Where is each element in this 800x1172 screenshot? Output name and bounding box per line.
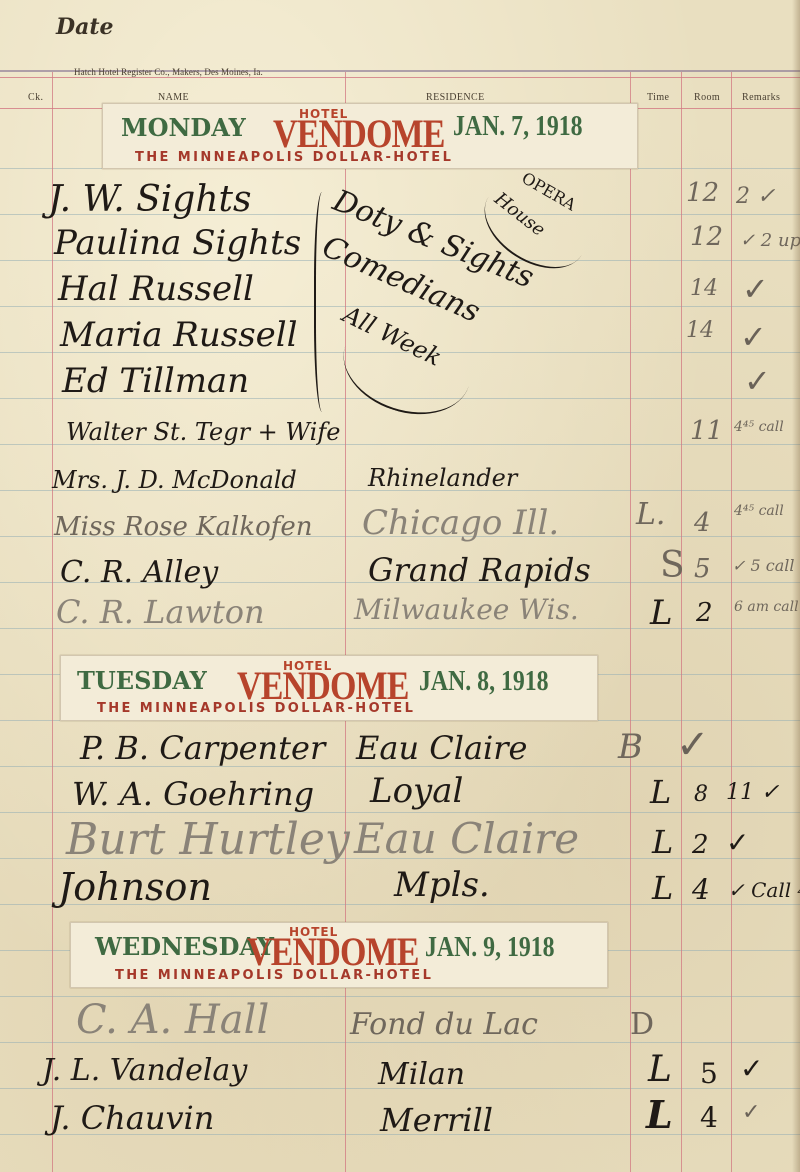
guest-residence: Milwaukee Wis. xyxy=(354,596,579,624)
guest-residence: Mpls. xyxy=(394,868,490,902)
banner-day: MONDAY xyxy=(121,116,246,140)
guest-residence: Milan xyxy=(378,1060,465,1090)
banner-hotel-name: VENDOME xyxy=(273,114,445,154)
guest-residence: Rhinelander xyxy=(368,466,517,490)
time-code: L xyxy=(648,1052,672,1088)
guest-residence: Merrill xyxy=(380,1104,493,1136)
room-number: 12 xyxy=(690,224,723,250)
maker-line: Hatch Hotel Register Co., Makers, Des Mo… xyxy=(74,67,263,77)
remarks: 4⁴⁵ call xyxy=(734,420,784,434)
guest-residence: Eau Claire xyxy=(356,732,527,764)
remarks: 4⁴⁵ call xyxy=(734,504,784,518)
header-rule-2 xyxy=(0,77,800,78)
date-banner-monday: MONDAY HOTEL VENDOME JAN. 7, 1918 THE MI… xyxy=(102,103,638,169)
room-number: 2 xyxy=(692,832,709,858)
room-number: 2 xyxy=(696,600,713,626)
page-edge-shadow xyxy=(792,0,800,1172)
time-code: L xyxy=(650,776,671,808)
guest-name: Ed Tillman xyxy=(62,364,249,398)
date-banner-wednesday: WEDNESDAY HOTEL VENDOME JAN. 9, 1918 THE… xyxy=(70,922,608,988)
time-code: L xyxy=(652,872,673,904)
remarks: 11 ✓ xyxy=(726,782,779,804)
time-code: L xyxy=(650,596,673,630)
guest-name: Maria Russell xyxy=(60,318,298,352)
guest-name: P. B. Carpenter xyxy=(80,732,325,764)
room-number: 4 xyxy=(692,876,710,904)
time-code: S xyxy=(660,548,685,584)
guest-name: Johnson xyxy=(58,868,212,906)
column-header-remarks: Remarks xyxy=(742,92,780,103)
room-number: 12 xyxy=(686,180,719,206)
check-mark-icon: ✓ xyxy=(740,1052,763,1085)
guest-name: J. Chauvin xyxy=(50,1102,214,1134)
column-header-ck: Ck. xyxy=(28,92,43,103)
check-mark-icon: ✓ xyxy=(726,826,749,859)
room-number: 14 xyxy=(690,278,718,300)
banner-day: TUESDAY xyxy=(77,669,207,693)
room-number: 5 xyxy=(694,556,711,582)
column-rule-remarks xyxy=(731,72,732,1172)
guest-residence: Loyal xyxy=(370,774,463,808)
guest-residence: Chicago Ill. xyxy=(362,506,559,540)
guest-name: Mrs. J. D. McDonald xyxy=(52,468,297,492)
column-header-time: Time xyxy=(647,92,669,103)
guest-name: J. W. Sights xyxy=(48,182,251,218)
room-number: 5 xyxy=(700,1060,718,1088)
banner-tagline: THE MINNEAPOLIS DOLLAR-HOTEL xyxy=(135,150,453,165)
room-number: 4 xyxy=(694,510,711,536)
guest-name: W. A. Goehring xyxy=(72,778,314,810)
column-rule-ck xyxy=(52,72,53,1172)
guest-residence: Grand Rapids xyxy=(368,554,591,586)
remarks: ✓ 2 up xyxy=(740,232,800,250)
date-banner-tuesday: TUESDAY HOTEL VENDOME JAN. 8, 1918 THE M… xyxy=(60,655,598,721)
check-mark-icon: ✓ xyxy=(740,318,767,356)
check-mark-icon: ✓ xyxy=(742,270,769,308)
remarks: ✓ Call 4⁵ xyxy=(728,880,800,900)
column-rule-room xyxy=(681,72,682,1172)
room-number: 14 xyxy=(686,320,714,342)
guest-residence: Eau Claire xyxy=(354,818,579,860)
date-label: Date xyxy=(56,14,114,40)
check-mark-icon: ✓ xyxy=(676,722,710,768)
guest-name: Hal Russell xyxy=(58,272,254,306)
banner-tagline: THE MINNEAPOLIS DOLLAR-HOTEL xyxy=(97,701,415,716)
time-code: L. xyxy=(636,500,665,530)
banner-hotel-name: VENDOME xyxy=(247,932,419,972)
group-bracket xyxy=(314,192,334,412)
column-header-room: Room xyxy=(694,92,720,103)
check-mark-icon: ✓ xyxy=(742,1100,760,1125)
time-code: D xyxy=(630,1010,654,1040)
room-number: 11 xyxy=(690,418,723,444)
room-number: 4 xyxy=(700,1104,718,1132)
guest-name: C. A. Hall xyxy=(76,1000,269,1040)
banner-hotel-name: VENDOME xyxy=(237,666,409,706)
room-number: 8 xyxy=(694,784,708,806)
register-page: Date Hatch Hotel Register Co., Makers, D… xyxy=(0,0,800,1172)
guest-name: Burt Hurtley xyxy=(66,818,350,862)
remarks: 6 am call xyxy=(734,600,799,614)
time-code: L xyxy=(646,1096,673,1134)
guest-name: Paulina Sights xyxy=(54,226,301,260)
guest-name: J. L. Vandelay xyxy=(42,1056,247,1086)
guest-name: C. R. Lawton xyxy=(56,596,265,628)
remarks: 2 ✓ xyxy=(736,186,775,208)
check-mark-icon: ✓ xyxy=(744,362,771,400)
time-code: L xyxy=(652,826,673,858)
remarks: ✓ 5 call xyxy=(732,558,795,574)
banner-date: JAN. 8, 1918 xyxy=(419,668,549,696)
guest-residence: Fond du Lac xyxy=(350,1010,538,1040)
column-header-name: NAME xyxy=(158,92,189,103)
guest-name: C. R. Alley xyxy=(60,558,218,588)
guest-name: Walter St. Tegr + Wife xyxy=(66,420,340,444)
guest-name: Miss Rose Kalkofen xyxy=(54,514,313,540)
banner-tagline: THE MINNEAPOLIS DOLLAR-HOTEL xyxy=(115,968,433,983)
banner-date: JAN. 7, 1918 xyxy=(453,113,583,141)
column-header-residence: RESIDENCE xyxy=(426,92,485,103)
banner-date: JAN. 9, 1918 xyxy=(425,934,555,962)
time-code: B xyxy=(618,730,643,764)
